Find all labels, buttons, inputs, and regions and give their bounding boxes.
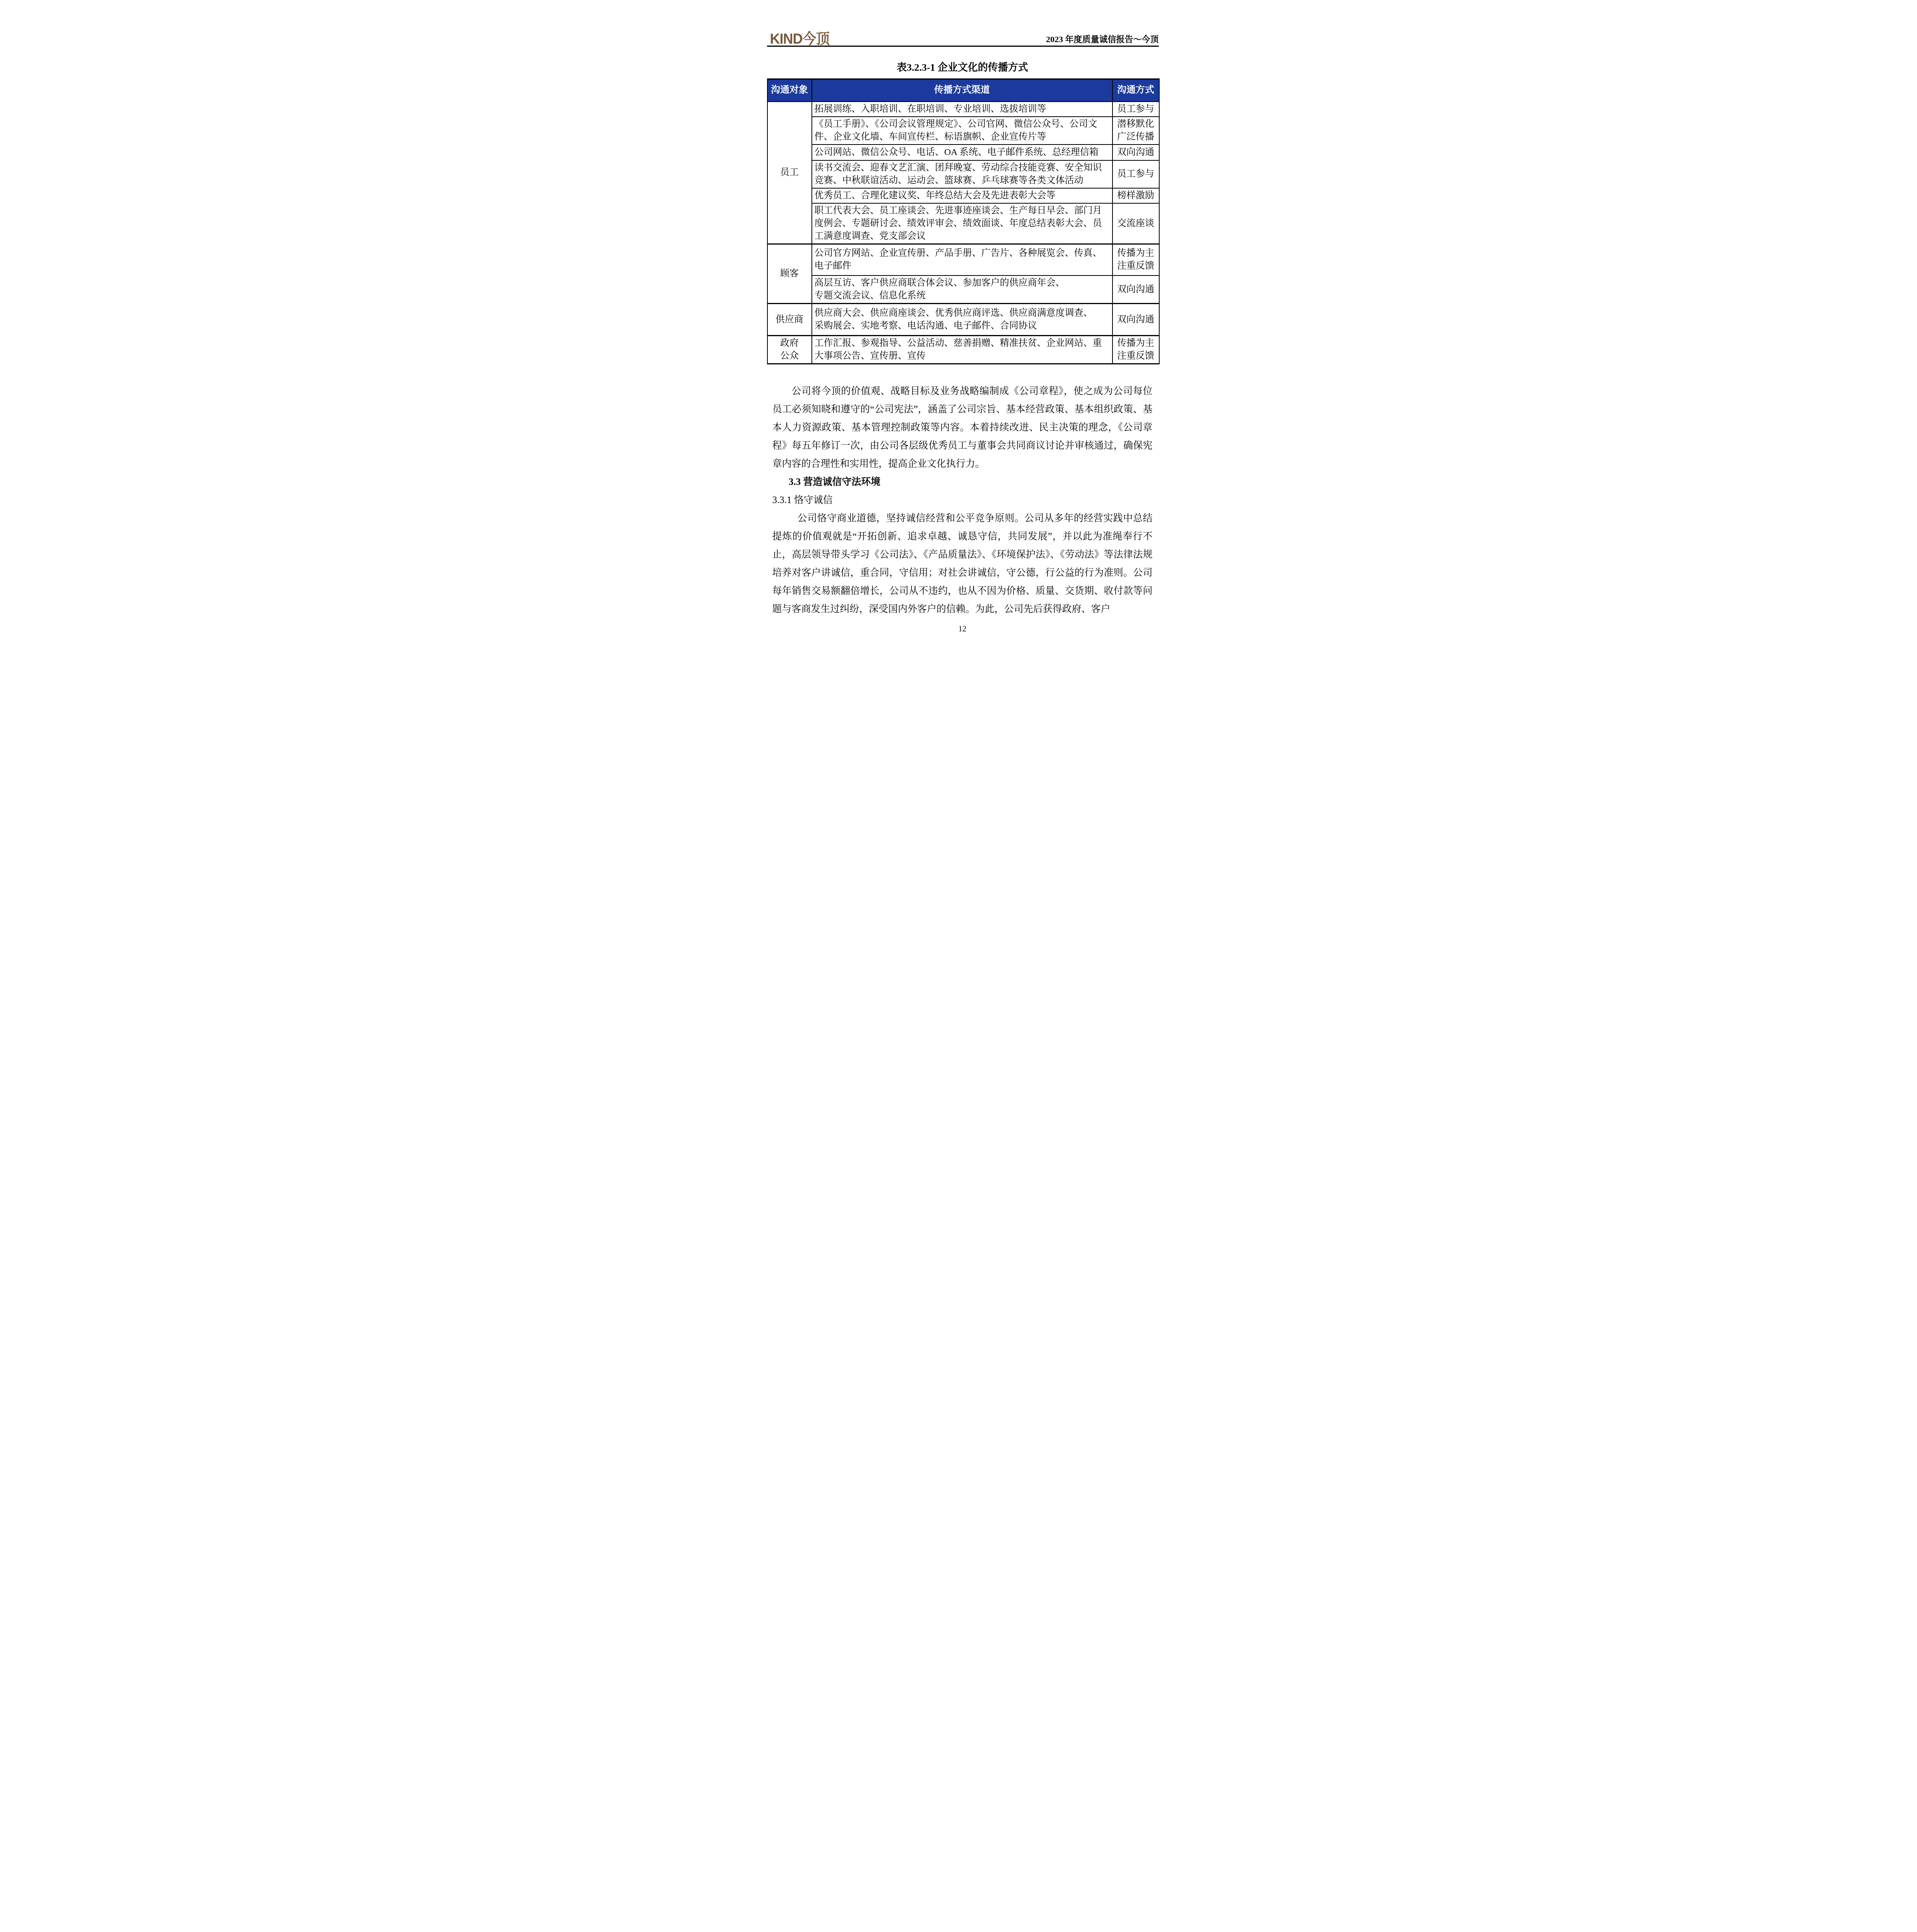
table-row: 《员工手册》、《公司会议管理规定》、公司官网、微信公众号、公司文件、企业文化墙、… xyxy=(767,117,1159,145)
page-number: 12 xyxy=(772,623,1153,634)
table-row: 高层互访、客户供应商联合体会议、参加客户的供应商年会、 专题交流会议、信息化系统… xyxy=(767,276,1159,304)
channel-cell: 高层互访、客户供应商联合体会议、参加客户的供应商年会、 专题交流会议、信息化系统 xyxy=(812,276,1112,304)
method-cell: 交流座谈 xyxy=(1112,203,1159,244)
page-footer: 12 xyxy=(772,623,1153,634)
method-cell: 员工参与 xyxy=(1112,102,1159,117)
method-cell: 双向沟通 xyxy=(1112,304,1159,336)
column-header-communication-object: 沟通对象 xyxy=(767,79,812,102)
table-row: 读书交流会、迎春文艺汇演、团拜晚宴、劳动综合技能竞赛、安全知识竞赛、中秋联谊活动… xyxy=(767,160,1159,188)
channel-cell: 公司官方网站、企业宣传册、产品手册、广告片、各种展览会、传真、 电子邮件 xyxy=(812,244,1112,276)
section-heading-3-3: 3.3 营造诚信守法环境 xyxy=(772,473,1153,491)
channel-cell: 优秀员工、合理化建议奖、年终总结大会及先进表彰大会等 xyxy=(812,188,1112,203)
method-cell: 双向沟通 xyxy=(1112,145,1159,160)
report-page: KIND今顶 2023 年度质量诚信报告～今顶 表3.2.3-1 企业文化的传播… xyxy=(719,0,1198,678)
table-row: 供应商 供应商大会、供应商座谈会、优秀供应商评选、供应商满意度调查、 采购展会、… xyxy=(767,304,1159,336)
header-doc-title: 2023 年度质量诚信报告～今顶 xyxy=(1046,34,1159,46)
column-header-method: 沟通方式 xyxy=(1112,79,1159,102)
table-row: 顾客 公司官方网站、企业宣传册、产品手册、广告片、各种展览会、传真、 电子邮件 … xyxy=(767,244,1159,276)
table-header-row: 沟通对象 传播方式渠道 沟通方式 xyxy=(767,79,1159,102)
column-header-channel: 传播方式渠道 xyxy=(812,79,1112,102)
channel-cell: 工作汇报、参观指导、公益活动、慈善捐赠、精准扶贫、企业网站、重大事项公告、宣传册… xyxy=(812,336,1112,364)
method-cell: 员工参与 xyxy=(1112,160,1159,188)
object-cell-supplier: 供应商 xyxy=(767,304,812,336)
table-header: 沟通对象 传播方式渠道 沟通方式 xyxy=(767,79,1159,102)
table-row: 职工代表大会、员工座谈会、先进事迹座谈会、生产每日早会、部门月度例会、专题研讨会… xyxy=(767,203,1159,244)
method-cell: 传播为主 注重反馈 xyxy=(1112,244,1159,276)
channel-cell: 拓展训练、入职培训、在职培训、专业培训、选拔培训等 xyxy=(812,102,1112,117)
object-cell-employee: 员工 xyxy=(767,102,812,244)
brand-logo: KIND今顶 xyxy=(770,32,830,46)
table-body: 员工 拓展训练、入职培训、在职培训、专业培训、选拔培训等 员工参与 《员工手册》… xyxy=(767,102,1159,364)
page-header: KIND今顶 2023 年度质量诚信报告～今顶 xyxy=(767,0,1159,47)
method-cell: 潜移默化 广泛传播 xyxy=(1112,117,1159,145)
object-cell-customer: 顾客 xyxy=(767,244,812,304)
method-cell: 双向沟通 xyxy=(1112,276,1159,304)
table-caption: 表3.2.3-1 企业文化的传播方式 xyxy=(772,61,1153,74)
channel-cell: 供应商大会、供应商座谈会、优秀供应商评选、供应商满意度调查、 采购展会、实地考察… xyxy=(812,304,1112,336)
channel-cell: 职工代表大会、员工座谈会、先进事迹座谈会、生产每日早会、部门月度例会、专题研讨会… xyxy=(812,203,1112,244)
page-content: KIND今顶 2023 年度质量诚信报告～今顶 表3.2.3-1 企业文化的传播… xyxy=(772,0,1153,634)
object-cell-government-public: 政府 公众 xyxy=(767,336,812,364)
paragraph-company-charter: 公司将今顶的价值观、战略目标及业务战略编制成《公司章程》，使之成为公司每位员工必… xyxy=(772,382,1153,473)
channel-cell: 读书交流会、迎春文艺汇演、团拜晚宴、劳动综合技能竞赛、安全知识竞赛、中秋联谊活动… xyxy=(812,160,1112,188)
table-row: 优秀员工、合理化建议奖、年终总结大会及先进表彰大会等 榜样激励 xyxy=(767,188,1159,203)
channel-cell: 公司网站、微信公众号、电话、OA 系统、电子邮件系统、总经理信箱 xyxy=(812,145,1112,160)
table-row: 政府 公众 工作汇报、参观指导、公益活动、慈善捐赠、精准扶贫、企业网站、重大事项… xyxy=(767,336,1159,364)
method-cell: 榜样激励 xyxy=(1112,188,1159,203)
table-row: 公司网站、微信公众号、电话、OA 系统、电子邮件系统、总经理信箱 双向沟通 xyxy=(767,145,1159,160)
culture-communication-table: 沟通对象 传播方式渠道 沟通方式 员工 拓展训练、入职培训、在职培训、专业培训、… xyxy=(767,78,1160,364)
table-row: 员工 拓展训练、入职培训、在职培训、专业培训、选拔培训等 员工参与 xyxy=(767,102,1159,117)
body-text: 公司将今顶的价值观、战略目标及业务战略编制成《公司章程》，使之成为公司每位员工必… xyxy=(772,382,1153,618)
subsection-heading-3-3-1: 3.3.1 恪守诚信 xyxy=(772,491,1153,509)
channel-cell: 《员工手册》、《公司会议管理规定》、公司官网、微信公众号、公司文件、企业文化墙、… xyxy=(812,117,1112,145)
paragraph-integrity-practice: 公司恪守商业道德，坚持诚信经营和公平竞争原则。公司从多年的经营实践中总结提炼的价… xyxy=(772,509,1153,618)
method-cell: 传播为主 注重反馈 xyxy=(1112,336,1159,364)
